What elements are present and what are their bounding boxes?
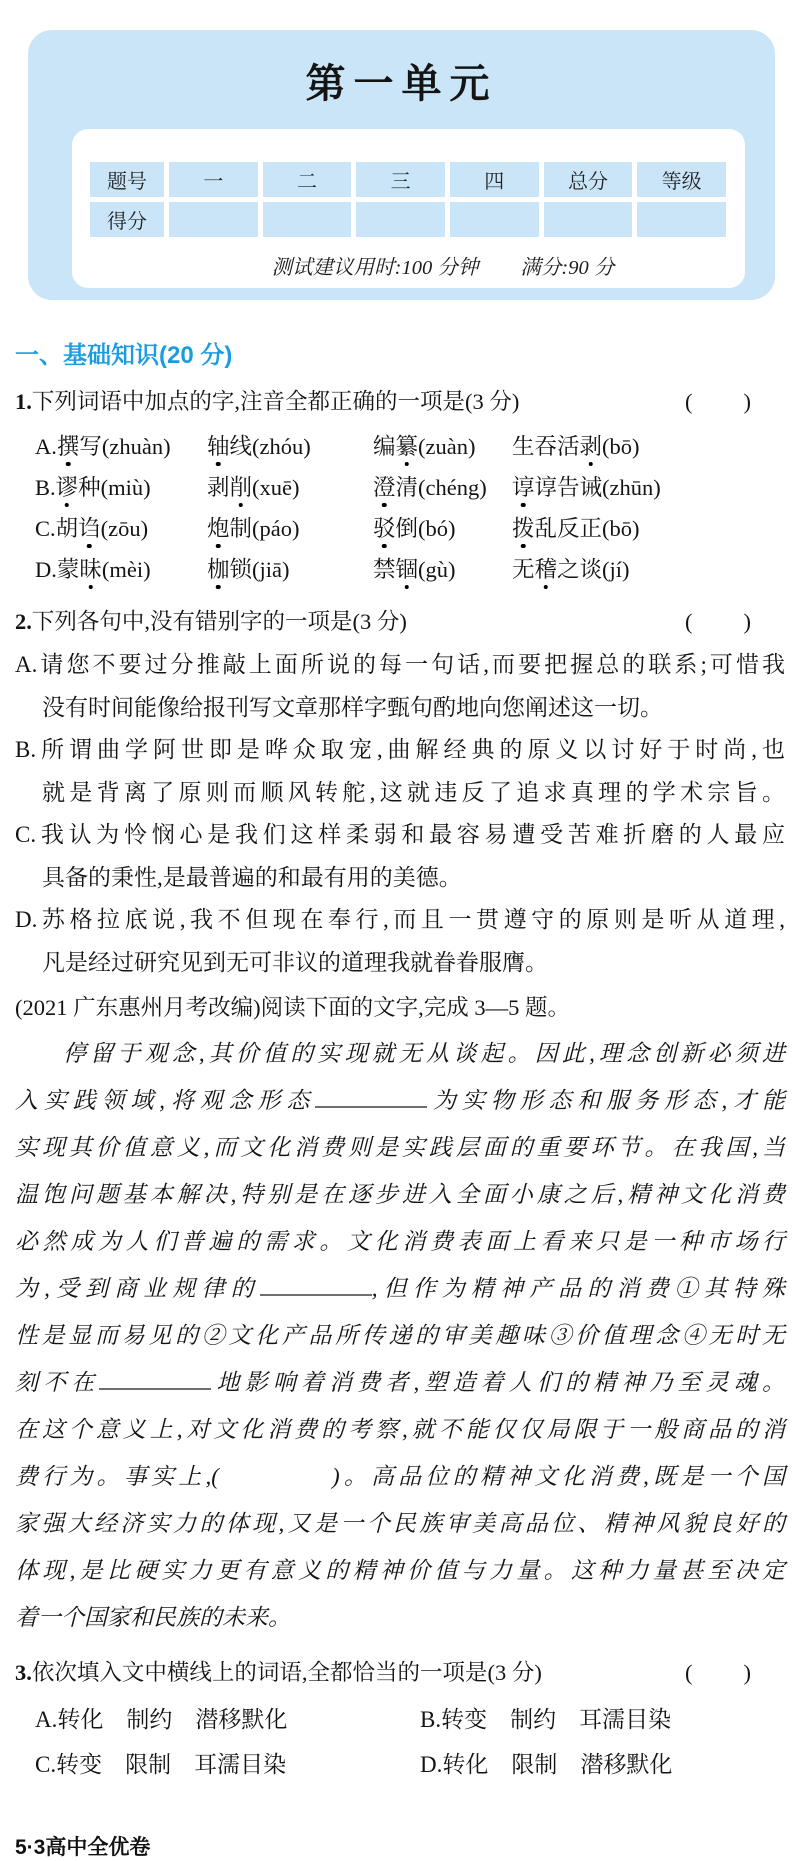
passage-text: ,但作为精神产品的消费①其特殊 [372, 1276, 785, 1301]
q1-option-item: 澄清(chéng) [373, 467, 512, 508]
test-note-line: 测试建议用时:100 分钟满分:90 分 [85, 242, 731, 282]
option-text: B. [35, 475, 56, 500]
question-3-text: 依次填入文中横线上的词语,全都恰当的一项是(3 分) [32, 1653, 685, 1693]
question-1-text: 下列词语中加点的字,注音全都正确的一项是(3 分) [32, 382, 685, 422]
q1-option-item: 剥削(xuē) [207, 467, 373, 508]
passage-line: 必然成为人们普遍的需求。文化消费表面上看来只是一种市场行 [15, 1218, 785, 1265]
option-text: 无 [512, 557, 535, 582]
question-2-text: 下列各句中,没有错别字的一项是(3 分) [32, 602, 685, 642]
q1-option-item: 生吞活剥(bō) [512, 426, 785, 467]
question-2-number: 2. [15, 602, 32, 642]
q1-option-row: A.撰写(zhuàn)轴线(zhóu)编纂(zuàn)生吞活剥(bō) [35, 426, 785, 467]
q3-option-item: A.转化 制约 潜移默化 [35, 1697, 420, 1742]
q1-option-item: 编纂(zuàn) [373, 426, 512, 467]
passage-line: 费行为。事实上,( )。高品位的精神文化消费,既是一个国 [15, 1453, 785, 1500]
passage-line: 入实践领域,将观念形态为实物形态和服务形态,才能 [15, 1077, 785, 1124]
series-footer: 5·3高中全优卷 [15, 1831, 800, 1861]
score-table-header-cell: 等级 [637, 162, 726, 197]
option-text: 胡 [56, 516, 79, 541]
section-heading: 一、基础知识(20 分) [15, 342, 785, 370]
passage-source-line: (2021 广东惠州月考改编)阅读下面的文字,完成 3—5 题。 [15, 986, 785, 1030]
option-text: 生吞活 [512, 434, 580, 459]
q1-option-row: B.谬种(miù)剥削(xuē)澄清(chéng)谆谆告诫(zhūn) [35, 467, 785, 508]
option-text: 清(chéng) [396, 475, 487, 500]
dotted-character: 谬 [56, 475, 79, 500]
q1-option-row: C.胡诌(zōu)炮制(páo)驳倒(bó)拨乱反正(bō) [35, 508, 785, 549]
dotted-character: 昧 [79, 557, 102, 582]
exam-page: 第一单元 题号一二三四总分等级得分 测试建议用时:100 分钟满分:90 分 一… [0, 0, 800, 1861]
q2-option-line: 凡是经过研究见到无可非议的道理我就眷眷服膺。 [15, 942, 785, 985]
q1-option-item: 驳倒(bó) [373, 508, 512, 549]
suggested-time: 测试建议用时:100 分钟 [272, 257, 479, 279]
dotted-character: 削 [230, 475, 253, 500]
question-1-answer-bracket: ( ) [685, 382, 753, 422]
dotted-character: 撰 [57, 434, 80, 459]
option-text: 谆告诫(zhūn) [535, 475, 661, 500]
passage-line: 在这个意义上,对文化消费的考察,就不能仅仅局限于一般商品的消 [15, 1406, 785, 1453]
passage-text: 地影响着消费者,塑造着人们的精神乃至灵魂。 [211, 1370, 785, 1395]
passage-line: 为,受到商业规律的,但作为精神产品的消费①其特殊 [15, 1265, 785, 1312]
q1-option-item: A.撰写(zhuàn) [35, 426, 207, 467]
q2-option-line: B.所谓曲学阿世即是哗众取宠,曲解经典的原义以讨好于时尚,也 [15, 729, 785, 772]
score-row-label: 得分 [90, 202, 164, 237]
passage-text: 着一个国家和民族的未来。 [15, 1605, 291, 1630]
score-table: 题号一二三四总分等级得分 [85, 157, 731, 242]
passage-text: 性是显而易见的②文化产品所传递的审美趣味③价值理念④无时无 [15, 1323, 785, 1348]
q1-option-item: C.胡诌(zōu) [35, 508, 207, 549]
q1-option-item: B.谬种(miù) [35, 467, 207, 508]
score-table-empty-cell [169, 202, 258, 237]
dotted-character: 锢 [396, 557, 419, 582]
q3-option-item: B.转变 制约 耳濡目染 [420, 1697, 785, 1742]
q1-option-row: D.蒙昧(mèi)枷锁(jiā)禁锢(gù)无稽之谈(jí) [35, 549, 785, 590]
passage-text: 入实践领域,将观念形态 [15, 1088, 315, 1113]
score-table-header-cell: 二 [263, 162, 352, 197]
passage-text: 温饱问题基本解决,特别是在逐步进入全面小康之后,精神文化消费 [15, 1182, 785, 1207]
dotted-character: 诌 [78, 516, 101, 541]
q1-option-item: 谆谆告诫(zhūn) [512, 467, 785, 508]
passage-text: 刻不在 [15, 1370, 99, 1395]
question-2-stem: 2.下列各句中,没有错别字的一项是(3 分)( ) [15, 602, 785, 642]
dotted-character: 澄 [373, 475, 396, 500]
score-table-empty-cell [356, 202, 445, 237]
blank-underline [260, 1273, 372, 1296]
question-3-stem: 3.依次填入文中横线上的词语,全都恰当的一项是(3 分)( ) [15, 1653, 785, 1693]
option-text: 禁 [373, 557, 396, 582]
score-table-score-row: 得分 [90, 202, 726, 237]
dotted-character: 纂 [396, 434, 419, 459]
question-3-number: 3. [15, 1653, 32, 1693]
q2-option-line: 具备的秉性,是最普遍的和最有用的美德。 [15, 857, 785, 900]
q1-option-item: 轴线(zhóu) [207, 426, 373, 467]
q2-option-line: 没有时间能像给报刊写文章那样字甄句酌地向您阐述这一切。 [15, 687, 785, 730]
q1-option-item: 禁锢(gù) [373, 549, 512, 590]
passage-text: 在这个意义上,对文化消费的考察,就不能仅仅局限于一般商品的消 [15, 1417, 785, 1442]
option-text: 剥 [207, 475, 230, 500]
option-text: 乱反正(bō) [535, 516, 640, 541]
question-1-options: A.撰写(zhuàn)轴线(zhóu)编纂(zuàn)生吞活剥(bō)B.谬种(… [35, 426, 785, 590]
option-text: (bō) [602, 434, 640, 459]
score-table-empty-cell [450, 202, 539, 237]
option-text: 编 [373, 434, 396, 459]
option-text: 倒(bó) [396, 516, 456, 541]
unit-title: 第一单元 [28, 52, 775, 109]
dotted-character: 炮 [207, 516, 230, 541]
blank-underline [315, 1085, 427, 1108]
q1-option-item: D.蒙昧(mèi) [35, 549, 207, 590]
reading-passage: 停留于观念,其价值的实现就无从谈起。因此,理念创新必须进入实践领域,将观念形态为… [15, 1030, 785, 1641]
option-text: 锁(jiā) [230, 557, 290, 582]
option-text: (zuàn) [418, 434, 475, 459]
dotted-character: 驳 [373, 516, 396, 541]
q2-option-line: 就是背离了原则而顺风转舵,这就违反了追求真理的学术宗旨。 [15, 772, 785, 815]
unit-header-card: 第一单元 题号一二三四总分等级得分 测试建议用时:100 分钟满分:90 分 [28, 30, 775, 300]
score-card: 题号一二三四总分等级得分 测试建议用时:100 分钟满分:90 分 [72, 129, 745, 288]
passage-text: 为,受到商业规律的 [15, 1276, 260, 1301]
dotted-character: 轴 [207, 434, 230, 459]
q1-option-item: 炮制(páo) [207, 508, 373, 549]
full-score: 满分:90 分 [520, 257, 614, 279]
q3-option-item: C.转变 限制 耳濡目染 [35, 1742, 420, 1787]
dotted-character: 拨 [512, 516, 535, 541]
passage-text: 体现,是比硬实力更有意义的精神价值与力量。这种力量甚至决定 [15, 1558, 785, 1583]
score-table-header-cell: 四 [450, 162, 539, 197]
question-1-number: 1. [15, 382, 32, 422]
passage-line: 刻不在地影响着消费者,塑造着人们的精神乃至灵魂。 [15, 1359, 785, 1406]
q1-option-item: 无稽之谈(jí) [512, 549, 785, 590]
passage-line: 体现,是比硬实力更有意义的精神价值与力量。这种力量甚至决定 [15, 1547, 785, 1594]
score-table-empty-cell [263, 202, 352, 237]
score-table-empty-cell [544, 202, 633, 237]
blank-underline [99, 1367, 211, 1390]
option-text: 写(zhuàn) [79, 434, 170, 459]
option-text: C. [35, 516, 56, 541]
q3-option-item: D.转化 限制 潜移默化 [420, 1742, 785, 1787]
option-text: D. [35, 557, 57, 582]
option-text: 种(miù) [78, 475, 151, 500]
dotted-character: 枷 [207, 557, 230, 582]
passage-text: 费行为。事实上,( )。高品位的精神文化消费,既是一个国 [15, 1464, 785, 1489]
score-table-empty-cell [637, 202, 726, 237]
option-text: 之谈(jí) [557, 557, 630, 582]
option-text: 制(páo) [230, 516, 300, 541]
dotted-character: 谆 [512, 475, 535, 500]
q1-option-item: 枷锁(jiā) [207, 549, 373, 590]
passage-line: 着一个国家和民族的未来。 [15, 1594, 785, 1641]
q1-option-item: 拨乱反正(bō) [512, 508, 785, 549]
option-text: (zōu) [101, 516, 148, 541]
passage-line: 停留于观念,其价值的实现就无从谈起。因此,理念创新必须进 [15, 1030, 785, 1077]
option-text: (xuē) [252, 475, 299, 500]
passage-text: 实现其价值意义,而文化消费则是实践层面的重要环节。在我国,当 [15, 1135, 785, 1160]
passage-text: 必然成为人们普遍的需求。文化消费表面上看来只是一种市场行 [15, 1229, 785, 1254]
question-2-options: A.请您不要过分推敲上面所说的每一句话,而要把握总的联系;可惜我没有时间能像给报… [15, 644, 785, 984]
option-text: (gù) [418, 557, 456, 582]
dotted-character: 剥 [580, 434, 603, 459]
q2-option-line: C.我认为怜悯心是我们这样柔弱和最容易遭受苦难折磨的人最应 [15, 814, 785, 857]
dotted-character: 稽 [535, 557, 558, 582]
option-text: (mèi) [102, 557, 151, 582]
passage-text: 为实物形态和服务形态,才能 [427, 1088, 785, 1113]
passage-text: 停留于观念,其价值的实现就无从谈起。因此,理念创新必须进 [63, 1041, 785, 1066]
q2-option-line: D.苏格拉底说,我不但现在奉行,而且一贯遵守的原则是听从道理, [15, 899, 785, 942]
option-text: 蒙 [57, 557, 80, 582]
passage-line: 实现其价值意义,而文化消费则是实践层面的重要环节。在我国,当 [15, 1124, 785, 1171]
score-table-header-cell: 一 [169, 162, 258, 197]
question-3-answer-bracket: ( ) [685, 1653, 753, 1693]
option-text: 线(zhóu) [230, 434, 311, 459]
question-3-options: A.转化 制约 潜移默化B.转变 制约 耳濡目染C.转变 限制 耳濡目染D.转化… [35, 1697, 785, 1787]
passage-text: 家强大经济实力的体现,又是一个民族审美高品位、精神风貌良好的 [15, 1511, 785, 1536]
score-table-header-row: 题号一二三四总分等级 [90, 162, 726, 197]
question-1-stem: 1.下列词语中加点的字,注音全都正确的一项是(3 分)( ) [15, 382, 785, 422]
q2-option-line: A.请您不要过分推敲上面所说的每一句话,而要把握总的联系;可惜我 [15, 644, 785, 687]
score-table-header-cell: 三 [356, 162, 445, 197]
question-2-answer-bracket: ( ) [685, 602, 753, 642]
passage-line: 温饱问题基本解决,特别是在逐步进入全面小康之后,精神文化消费 [15, 1171, 785, 1218]
option-text: A. [35, 434, 57, 459]
score-table-header-cell: 题号 [90, 162, 164, 197]
passage-line: 家强大经济实力的体现,又是一个民族审美高品位、精神风貌良好的 [15, 1500, 785, 1547]
score-table-header-cell: 总分 [544, 162, 633, 197]
passage-line: 性是显而易见的②文化产品所传递的审美趣味③价值理念④无时无 [15, 1312, 785, 1359]
